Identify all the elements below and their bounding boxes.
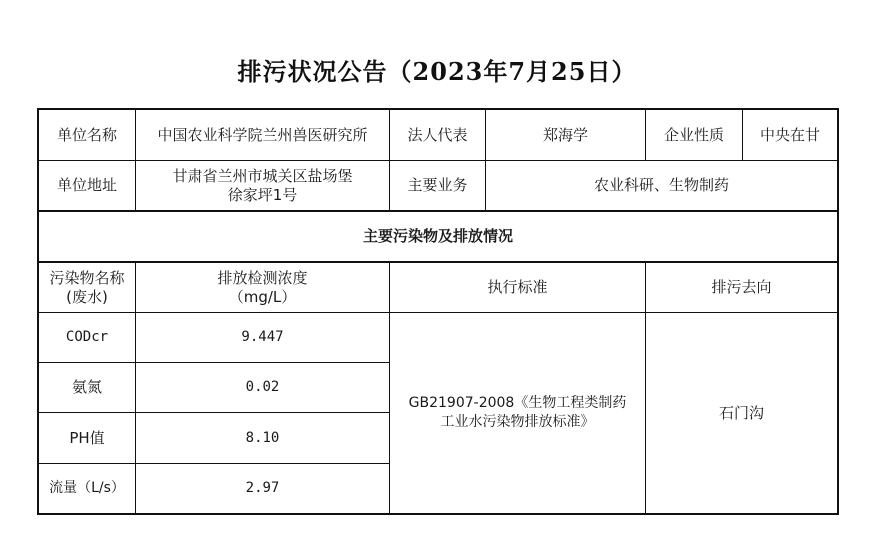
unit-name-value: 中国农业科学院兰州兽医研究所 xyxy=(136,110,389,160)
standard-line2: 工业水污染物排放标准》 xyxy=(441,413,595,432)
destination-header: 排污去向 xyxy=(646,263,837,312)
enterprise-type-label: 企业性质 xyxy=(646,110,742,160)
concentration-header-line2: （mg/L） xyxy=(229,288,297,307)
concentration-header-line1: 排放检测浓度 xyxy=(217,269,307,288)
pollutant-value: 9.447 xyxy=(136,313,389,362)
standard-header: 执行标准 xyxy=(390,263,645,312)
pollutant-header-line2: (废水) xyxy=(66,288,108,307)
business-label: 主要业务 xyxy=(390,161,485,210)
unit-name-label: 单位名称 xyxy=(39,110,135,160)
address-line2: 徐家坪1号 xyxy=(228,186,298,205)
pollutant-name-header: 污染物名称 (废水) xyxy=(39,263,135,312)
standard-value: GB21907-2008《生物工程类制药 工业水污染物排放标准》 xyxy=(390,313,645,513)
destination-value: 石门沟 xyxy=(646,313,837,513)
pollutant-value: 0.02 xyxy=(136,363,389,412)
pollutant-name: 流量（L/s） xyxy=(39,464,135,513)
concentration-header: 排放检测浓度 （mg/L） xyxy=(136,263,389,312)
address-value: 甘肃省兰州市城关区盐场堡 徐家坪1号 xyxy=(136,161,389,210)
address-label: 单位地址 xyxy=(39,161,135,210)
standard-line1: GB21907-2008《生物工程类制药 xyxy=(409,394,627,413)
pollutant-value: 2.97 xyxy=(136,464,389,513)
page-title: 排污状况公告（2023年7月25日） xyxy=(0,52,874,87)
pollutant-name: PH值 xyxy=(39,413,135,463)
pollutant-header-line1: 污染物名称 xyxy=(49,269,124,288)
legal-rep-value: 郑海学 xyxy=(486,110,645,160)
pollutant-value: 8.10 xyxy=(136,413,389,463)
section-title: 主要污染物及排放情况 xyxy=(39,212,837,261)
discharge-table: 单位名称 中国农业科学院兰州兽医研究所 法人代表 郑海学 企业性质 中央在甘 单… xyxy=(37,108,839,515)
address-line1: 甘肃省兰州市城关区盐场堡 xyxy=(172,167,352,186)
enterprise-type-value: 中央在甘 xyxy=(743,110,837,160)
pollutant-name: 氨氮 xyxy=(39,363,135,412)
legal-rep-label: 法人代表 xyxy=(390,110,485,160)
business-value: 农业科研、生物制药 xyxy=(486,161,837,210)
pollutant-name: CODcr xyxy=(39,313,135,362)
